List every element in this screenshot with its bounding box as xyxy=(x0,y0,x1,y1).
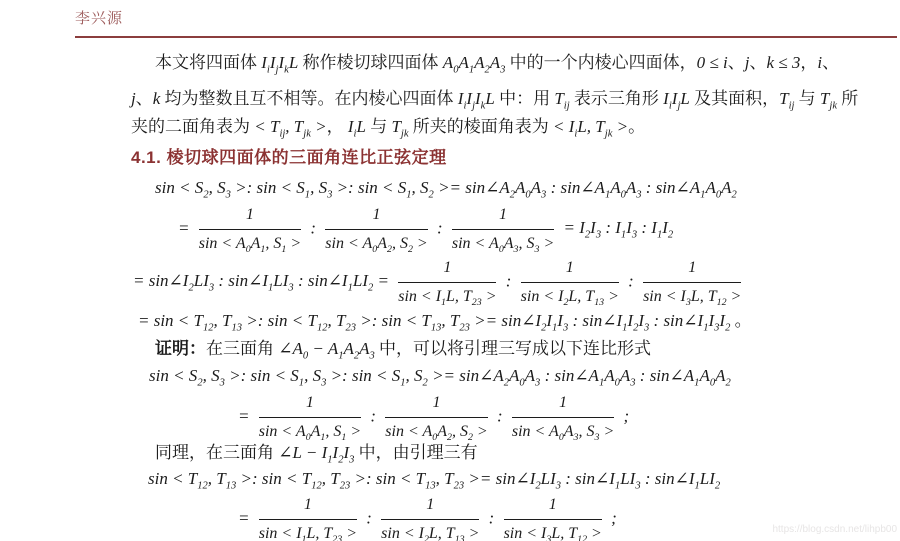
fraction: 1sin < I3L, T12 > xyxy=(643,256,741,309)
header-rule xyxy=(75,36,897,38)
fraction: 1sin < A0A3, S3 > xyxy=(512,391,614,444)
proof-math-line-4: = 1sin < I1L, T23 > : 1sin < I2L, T13 > … xyxy=(238,493,617,541)
csdn-watermark: https://blog.csdn.net/lihpb00 xyxy=(772,524,897,535)
fraction: 1sin < I1L, T23 > xyxy=(398,256,496,309)
fraction: 1sin < I3L, T12 > xyxy=(504,493,602,541)
proof-math-line-3: sin < T12, T13 >: sin < T12, T23 >: sin … xyxy=(148,467,720,491)
fraction: 1sin < A0A3, S3 > xyxy=(452,203,554,256)
author-name: 李兴源 xyxy=(75,7,123,28)
paragraph-line-2: j、k 均为整数且互不相等。在内棱心四面体 IiIjIkL 中：用 Tij 表示… xyxy=(131,87,858,111)
proof-math-line-1: sin < S2, S3 >: sin < S1, S3 >: sin < S1… xyxy=(149,364,731,388)
theorem-math-line-4: = sin < T12, T13 >: sin < T12, T23 >: si… xyxy=(138,309,752,333)
proof-intro: 证明：在三面角 ∠A0 − A1A2A3 中，可以将引理三写成以下连比形式 xyxy=(155,337,651,361)
theorem-math-line-2: = 1sin < A0A1, S1 > : 1sin < A0A2, S2 > … xyxy=(178,203,673,256)
fraction: 1sin < A0A1, S1 > xyxy=(259,391,361,444)
fraction: 1sin < I1L, T23 > xyxy=(259,493,357,541)
theorem-math-line-1: sin < S2, S3 >: sin < S1, S3 >: sin < S1… xyxy=(155,176,737,200)
paragraph-line-1: 本文将四面体 IiIjIkL 称作棱切球四面体 A0A1A2A3 中的一个内棱心… xyxy=(155,51,839,75)
proof-simile: 同理，在三面角 ∠L − I1I2I3 中，由引理三有 xyxy=(155,441,478,465)
fraction: 1sin < A0A2, S2 > xyxy=(385,391,487,444)
fraction: 1sin < A0A2, S2 > xyxy=(325,203,427,256)
fraction: 1sin < A0A1, S1 > xyxy=(199,203,301,256)
fraction: 1sin < I2L, T13 > xyxy=(521,256,619,309)
section-heading: 4.1. 棱切球四面体的三面角连比正弦定理 xyxy=(131,146,447,170)
theorem-math-line-3: = sin∠I2LI3 : sin∠I1LI3 : sin∠I1LI2 = 1s… xyxy=(133,256,746,309)
document-page: 李兴源 本文将四面体 IiIjIkL 称作棱切球四面体 A0A1A2A3 中的一… xyxy=(0,0,900,541)
paragraph-line-3: 夹的二面角表为 < Tij, Tjk >， IiL 与 Tjk 所夹的棱面角表为… xyxy=(131,115,645,139)
fraction: 1sin < I2L, T13 > xyxy=(381,493,479,541)
proof-math-line-2: = 1sin < A0A1, S1 > : 1sin < A0A2, S2 > … xyxy=(238,391,629,444)
